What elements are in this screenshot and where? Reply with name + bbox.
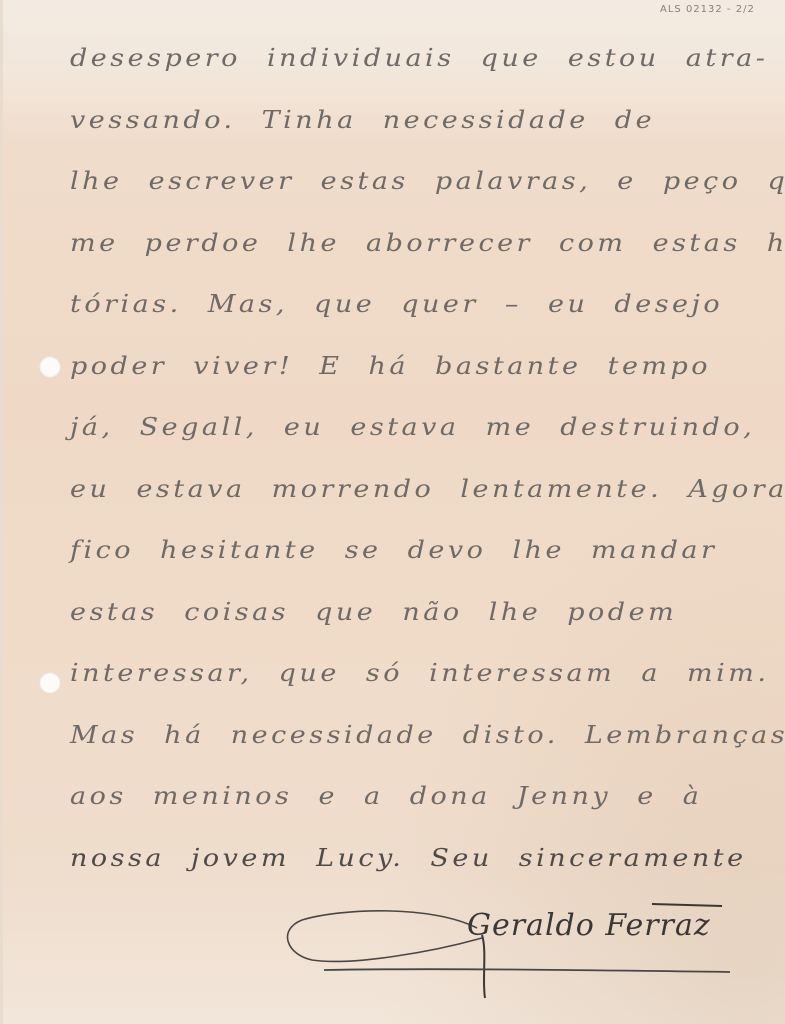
letter-line-11: interessar, que só interessam a mim.: [70, 646, 770, 701]
letter-page: ALS 02132 - 2/2 desespero individuais qu…: [0, 0, 785, 1024]
letter-line-9: fico hesitante se devo lhe mandar: [70, 523, 770, 578]
letter-line-4: me perdoe lhe aborrecer com estas his-: [70, 216, 770, 271]
catalog-number: ALS 02132 - 2/2: [660, 4, 755, 15]
letter-line-2: vessando. Tinha necessidade de: [70, 93, 770, 148]
letter-line-10: estas coisas que não lhe podem: [70, 585, 770, 640]
letter-line-7: já, Segall, eu estava me destruindo,: [70, 400, 770, 455]
punch-hole-bottom: [39, 672, 61, 694]
letter-body: desespero individuais que estou atra- ve…: [70, 28, 770, 889]
signature: Geraldo Ferraz: [282, 890, 767, 1000]
letter-line-8: eu estava morrendo lentamente. Agora: [70, 462, 770, 517]
letter-line-13: aos meninos e a dona Jenny e à: [70, 769, 770, 824]
letter-line-5: tórias. Mas, que quer – eu desejo: [70, 277, 770, 332]
signature-flourish-icon: [282, 890, 767, 1000]
letter-line-12: Mas há necessidade disto. Lembranças: [70, 708, 770, 763]
punch-hole-top: [39, 356, 61, 378]
letter-line-1: desespero individuais que estou atra-: [70, 31, 770, 86]
letter-line-6: poder viver! E há bastante tempo: [70, 339, 770, 394]
letter-line-14: nossa jovem Lucy. Seu sinceramente: [70, 831, 770, 886]
letter-line-3: lhe escrever estas palavras, e peço que: [70, 154, 770, 209]
paper-edge: [0, 0, 3, 1024]
signature-name: Geraldo Ferraz: [467, 908, 711, 943]
